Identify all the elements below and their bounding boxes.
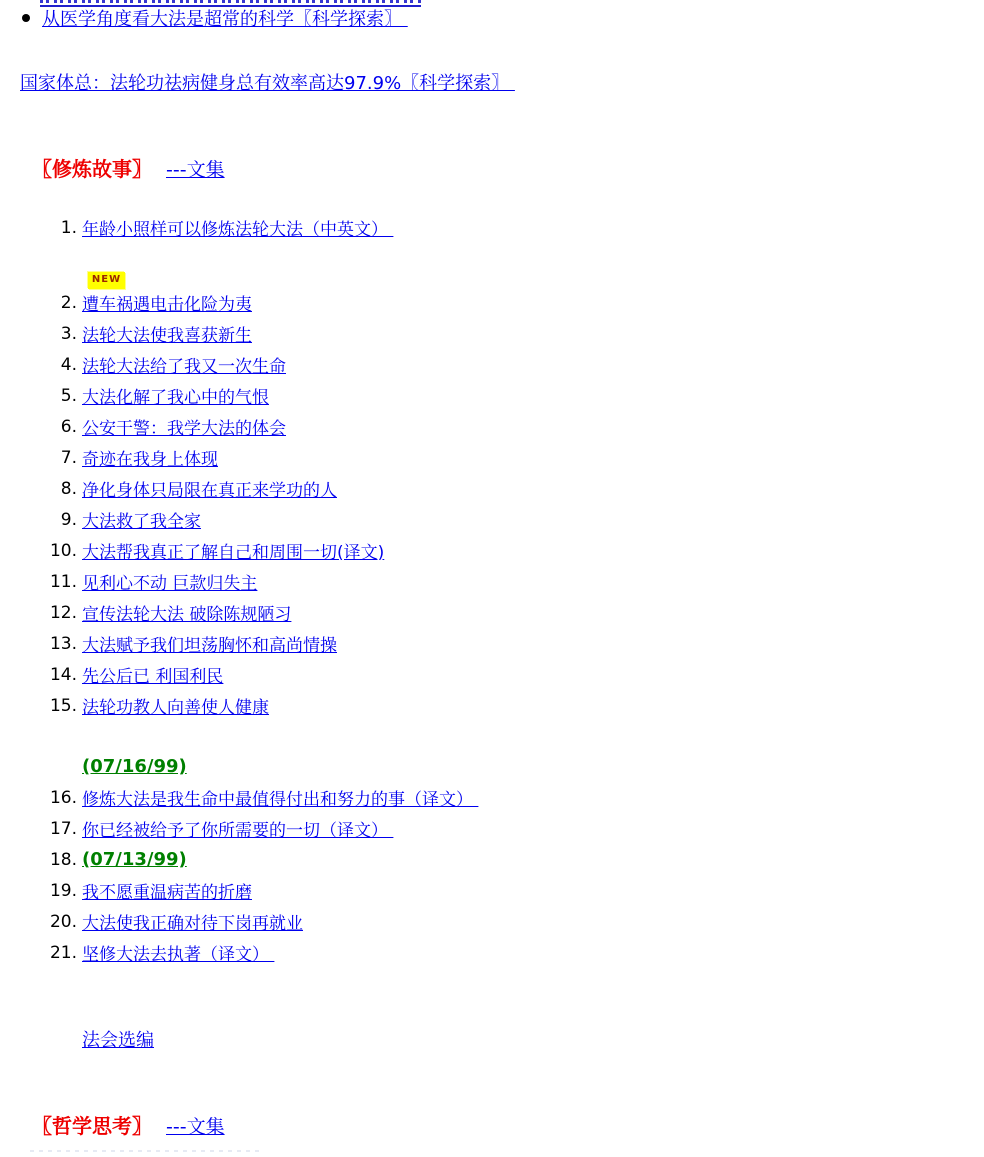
item-number: 4. — [0, 355, 77, 375]
item-number: 16. — [0, 788, 77, 808]
story-link[interactable]: 大法使我正确对待下岗再就业 — [82, 909, 303, 934]
section-heading-cultivation-stories: 〖修炼故事〗---文集 — [32, 155, 225, 184]
story-link[interactable]: 大法赋予我们坦荡胸怀和高尚情操 — [82, 631, 337, 656]
story-link[interactable]: 遭车祸遇电击化险为夷 — [82, 290, 252, 315]
item-number: 19. — [0, 881, 77, 901]
item-number: 2. — [0, 293, 77, 313]
story-link[interactable]: 法轮大法给了我又一次生命 — [82, 352, 286, 377]
story-item: 18.(07/13/99) — [0, 844, 984, 875]
story-list: 1.年龄小照样可以修炼法轮大法（中英文） NEW 2.遭车祸遇电击化险为夷 3.… — [0, 212, 984, 968]
article-link-sports-commission[interactable]: 国家体总：法轮功祛病健身总有效率高达97.9%〖科学探索〗 — [20, 73, 515, 94]
story-item: 8.净化身体只局限在真正来学功的人 — [0, 473, 984, 504]
item-number: 7. — [0, 448, 77, 468]
story-link[interactable]: 我不愿重温病苦的折磨 — [82, 878, 252, 903]
bullet-disc-icon — [22, 14, 30, 22]
story-item: 17.你已经被给予了你所需要的一切（译文） — [0, 813, 984, 844]
story-link[interactable]: 净化身体只局限在真正来学功的人 — [82, 476, 337, 501]
item-number: 20. — [0, 912, 77, 932]
story-item: 12.宣传法轮大法 破除陈规陋习 — [0, 597, 984, 628]
item-number: 14. — [0, 665, 77, 685]
story-item: 5.大法化解了我心中的气恨 — [0, 380, 984, 411]
fahui-selection-row: 法会选编 — [82, 1029, 154, 1053]
item-number: 1. — [0, 218, 77, 238]
fahui-selection-link[interactable]: 法会选编 — [82, 1030, 154, 1051]
item-number: 21. — [0, 943, 77, 963]
section-heading-philosophy: 〖哲学思考〗---文集 — [32, 1112, 225, 1141]
story-item: 16.修炼大法是我生命中最值得付出和努力的事（译文） — [0, 782, 984, 813]
story-link[interactable]: 奇迹在我身上体现 — [82, 445, 218, 470]
collection-link[interactable]: ---文集 — [166, 159, 225, 181]
item-number: 6. — [0, 417, 77, 437]
story-item: 11.见利心不动 巨款归失主 — [0, 566, 984, 597]
story-link[interactable]: 先公后已 利国利民 — [82, 662, 223, 687]
story-link[interactable]: 宣传法轮大法 破除陈规陋习 — [82, 600, 291, 625]
item-number: 5. — [0, 386, 77, 406]
story-item: 10.大法帮我真正了解自己和周围一切(译文) — [0, 535, 984, 566]
interim-date-row: (07/16/99) — [0, 751, 984, 782]
story-item: 14.先公后已 利国利民 — [0, 659, 984, 690]
story-item: 7.奇迹在我身上体现 — [0, 442, 984, 473]
clipped-link-fragment-bottom — [30, 1150, 260, 1156]
story-item: 21.坚修大法去执著（译文） — [0, 937, 984, 968]
list-gap — [0, 721, 984, 751]
item-number: 10. — [0, 541, 77, 561]
story-link[interactable]: 公安干警：我学大法的体会 — [82, 414, 286, 439]
item-number: 9. — [0, 510, 77, 530]
story-link[interactable]: 大法帮我真正了解自己和周围一切(译文) — [82, 538, 384, 563]
story-item: 9.大法救了我全家 — [0, 504, 984, 535]
new-badge-row: NEW — [88, 268, 984, 286]
story-item: 4.法轮大法给了我又一次生命 — [0, 349, 984, 380]
item-number: 8. — [0, 479, 77, 499]
story-item: 20.大法使我正确对待下岗再就业 — [0, 906, 984, 937]
story-link[interactable]: 坚修大法去执著（译文） — [82, 940, 274, 965]
collection-link[interactable]: ---文集 — [166, 1116, 225, 1138]
story-link[interactable]: 大法化解了我心中的气恨 — [82, 383, 269, 408]
story-item: 15.法轮功教人向善使人健康 — [0, 690, 984, 721]
article-link-medical-science[interactable]: 从医学角度看大法是超常的科学〖科学探索〗 — [42, 9, 408, 30]
item-number: 15. — [0, 696, 77, 716]
story-item: 6.公安干警：我学大法的体会 — [0, 411, 984, 442]
item-number: 13. — [0, 634, 77, 654]
item-number: 17. — [0, 819, 77, 839]
item-number: 11. — [0, 572, 77, 592]
standalone-link-row: 国家体总：法轮功祛病健身总有效率高达97.9%〖科学探索〗 — [20, 71, 515, 97]
story-link[interactable]: 年龄小照样可以修炼法轮大法（中英文） — [82, 215, 393, 240]
story-link[interactable]: 见利心不动 巨款归失主 — [82, 569, 257, 594]
story-link[interactable]: 修炼大法是我生命中最值得付出和努力的事（译文） — [82, 785, 478, 810]
section-title: 〖哲学思考〗 — [32, 1114, 152, 1138]
story-item: 13.大法赋予我们坦荡胸怀和高尚情操 — [0, 628, 984, 659]
section-title: 〖修炼故事〗 — [32, 157, 152, 181]
story-link[interactable]: 你已经被给予了你所需要的一切（译文） — [82, 816, 393, 841]
story-link[interactable]: 法轮大法使我喜获新生 — [82, 321, 252, 346]
bullet-list-item: 从医学角度看大法是超常的科学〖科学探索〗 — [22, 8, 408, 32]
story-item: 1.年龄小照样可以修炼法轮大法（中英文） — [0, 212, 984, 243]
date-link-0716[interactable]: (07/16/99) — [82, 756, 187, 777]
date-link-0713[interactable]: (07/13/99) — [82, 849, 187, 870]
clipped-link-fragment-top — [40, 0, 421, 7]
story-item: 2.遭车祸遇电击化险为夷 — [0, 287, 984, 318]
story-item: 19.我不愿重温病苦的折磨 — [0, 875, 984, 906]
story-link[interactable]: 大法救了我全家 — [82, 507, 201, 532]
item-number: 12. — [0, 603, 77, 623]
story-item: 3.法轮大法使我喜获新生 — [0, 318, 984, 349]
story-link[interactable]: 法轮功教人向善使人健康 — [82, 693, 269, 718]
new-badge-icon: NEW — [88, 272, 125, 289]
item-number: 18. — [0, 850, 77, 870]
item-number: 3. — [0, 324, 77, 344]
